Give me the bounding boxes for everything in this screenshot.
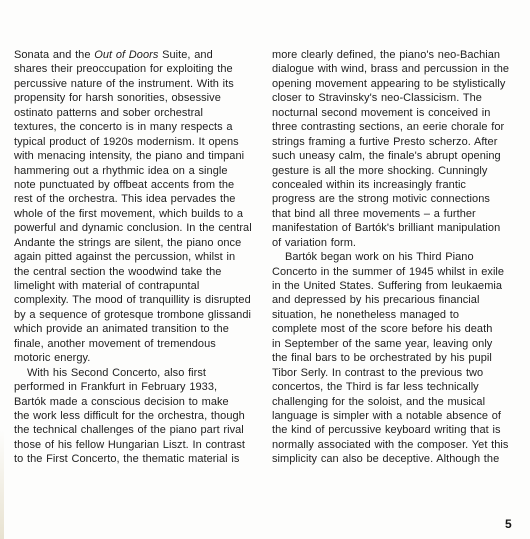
text-line: whole of the first movement, which build… — [14, 207, 260, 221]
text-line: by a sequence of grotesque trombone glis… — [14, 308, 260, 322]
text-line: again pitted against the percussion, whi… — [14, 250, 260, 264]
text-line: motoric energy. — [14, 351, 260, 365]
text-line: such uneasy calm, the finale's abrupt op… — [272, 149, 518, 163]
page-number: 5 — [505, 517, 512, 531]
text-line: manifestation of Bartók's brilliant mani… — [272, 221, 518, 235]
text-line: note punctuated by offbeat accents from … — [14, 178, 260, 192]
booklet-page: Sonata and the Out of Doors Suite, andsh… — [0, 0, 530, 539]
text-line: ostinato patterns and sober orchestral — [14, 106, 260, 120]
text-line: strings framing a furtive Presto scherzo… — [272, 135, 518, 149]
text-line: to the First Concerto, the thematic mate… — [14, 452, 260, 466]
text-line: typical product of 1920s modernism. It o… — [14, 135, 260, 149]
text-line: Bartók made a conscious decision to make — [14, 395, 260, 409]
text-line: simplicity can also be deceptive. Althou… — [272, 452, 518, 466]
text-line: Andante the strings are silent, the pian… — [14, 236, 260, 250]
text-line: Bartók began work on his Third Piano — [272, 250, 518, 264]
text-line: of variation form. — [272, 236, 518, 250]
text-line: which provide an animated transition to … — [14, 322, 260, 336]
text-line: performed in Frankfurt in February 1933, — [14, 380, 260, 394]
text-line: concealed within its increasingly franti… — [272, 178, 518, 192]
text-line: progress are the strong motivic connecti… — [272, 192, 518, 206]
text-column-left: Sonata and the Out of Doors Suite, andsh… — [14, 48, 260, 467]
text-line: the technical challenges of the piano pa… — [14, 423, 260, 437]
text-line: shares their preoccupation for exploitin… — [14, 62, 260, 76]
text-line: three contrasting sections, an eerie cho… — [272, 120, 518, 134]
text-line: those of his fellow Hungarian Liszt. In … — [14, 438, 260, 452]
text-line: in September of the same year, leaving o… — [272, 337, 518, 351]
text-line: situation, he nonetheless managed to — [272, 308, 518, 322]
text-line: the final bars to be orchestrated by his… — [272, 351, 518, 365]
text-line: rest of the orchestra. This idea pervade… — [14, 192, 260, 206]
text-line: complexity. The mood of tranquillity is … — [14, 293, 260, 307]
text-line: finale, another movement of tremendous — [14, 337, 260, 351]
text-line: powerful and dynamic conclusion. In the … — [14, 221, 260, 235]
text-line: dialogue with wind, brass and percussion… — [272, 62, 518, 76]
text-line: the kind of percussive keyboard writing … — [272, 423, 518, 437]
text-line: normally associated with the composer. Y… — [272, 438, 518, 452]
text-line: complete most of the score before his de… — [272, 322, 518, 336]
text-line: nocturnal second movement is conceived i… — [272, 106, 518, 120]
text-column-right: more clearly defined, the piano's neo-Ba… — [272, 48, 518, 467]
text-line: textures, the concerto is in many respec… — [14, 120, 260, 134]
text-line: limelight with material of contrapuntal — [14, 279, 260, 293]
text-line: percussive nature of the instrument. Wit… — [14, 77, 260, 91]
text-line: gesture is all the more shocking. Cunnin… — [272, 164, 518, 178]
text-line: the work less difficult for the orchestr… — [14, 409, 260, 423]
scan-edge-tint — [0, 430, 4, 539]
text-line: opening movement appearing to be stylist… — [272, 77, 518, 91]
text-line: closer to Stravinsky's neo-Classicism. T… — [272, 91, 518, 105]
text-line: in the United States. Suffering from leu… — [272, 279, 518, 293]
text-line: language is simpler with a notable absen… — [272, 409, 518, 423]
text-line: concertos, the Third is far less technic… — [272, 380, 518, 394]
text-line: and depressed by his precarious financia… — [272, 293, 518, 307]
text-line: propensity for harsh sonorities, obsessi… — [14, 91, 260, 105]
text-line: hammering out a rhythmic idea on a singl… — [14, 164, 260, 178]
text-line: more clearly defined, the piano's neo-Ba… — [272, 48, 518, 62]
text-line: with menacing intensity, the piano and t… — [14, 149, 260, 163]
text-line: that bind all three movements – a furthe… — [272, 207, 518, 221]
text-line: Sonata and the Out of Doors Suite, and — [14, 48, 260, 62]
text-line: With his Second Concerto, also first — [14, 366, 260, 380]
text-line: challenging for the soloist, and the mus… — [272, 395, 518, 409]
text-line: the central section the woodwind take th… — [14, 265, 260, 279]
text-line: Tibor Serly. In contrast to the previous… — [272, 366, 518, 380]
text-line: Concerto in the summer of 1945 whilst in… — [272, 265, 518, 279]
